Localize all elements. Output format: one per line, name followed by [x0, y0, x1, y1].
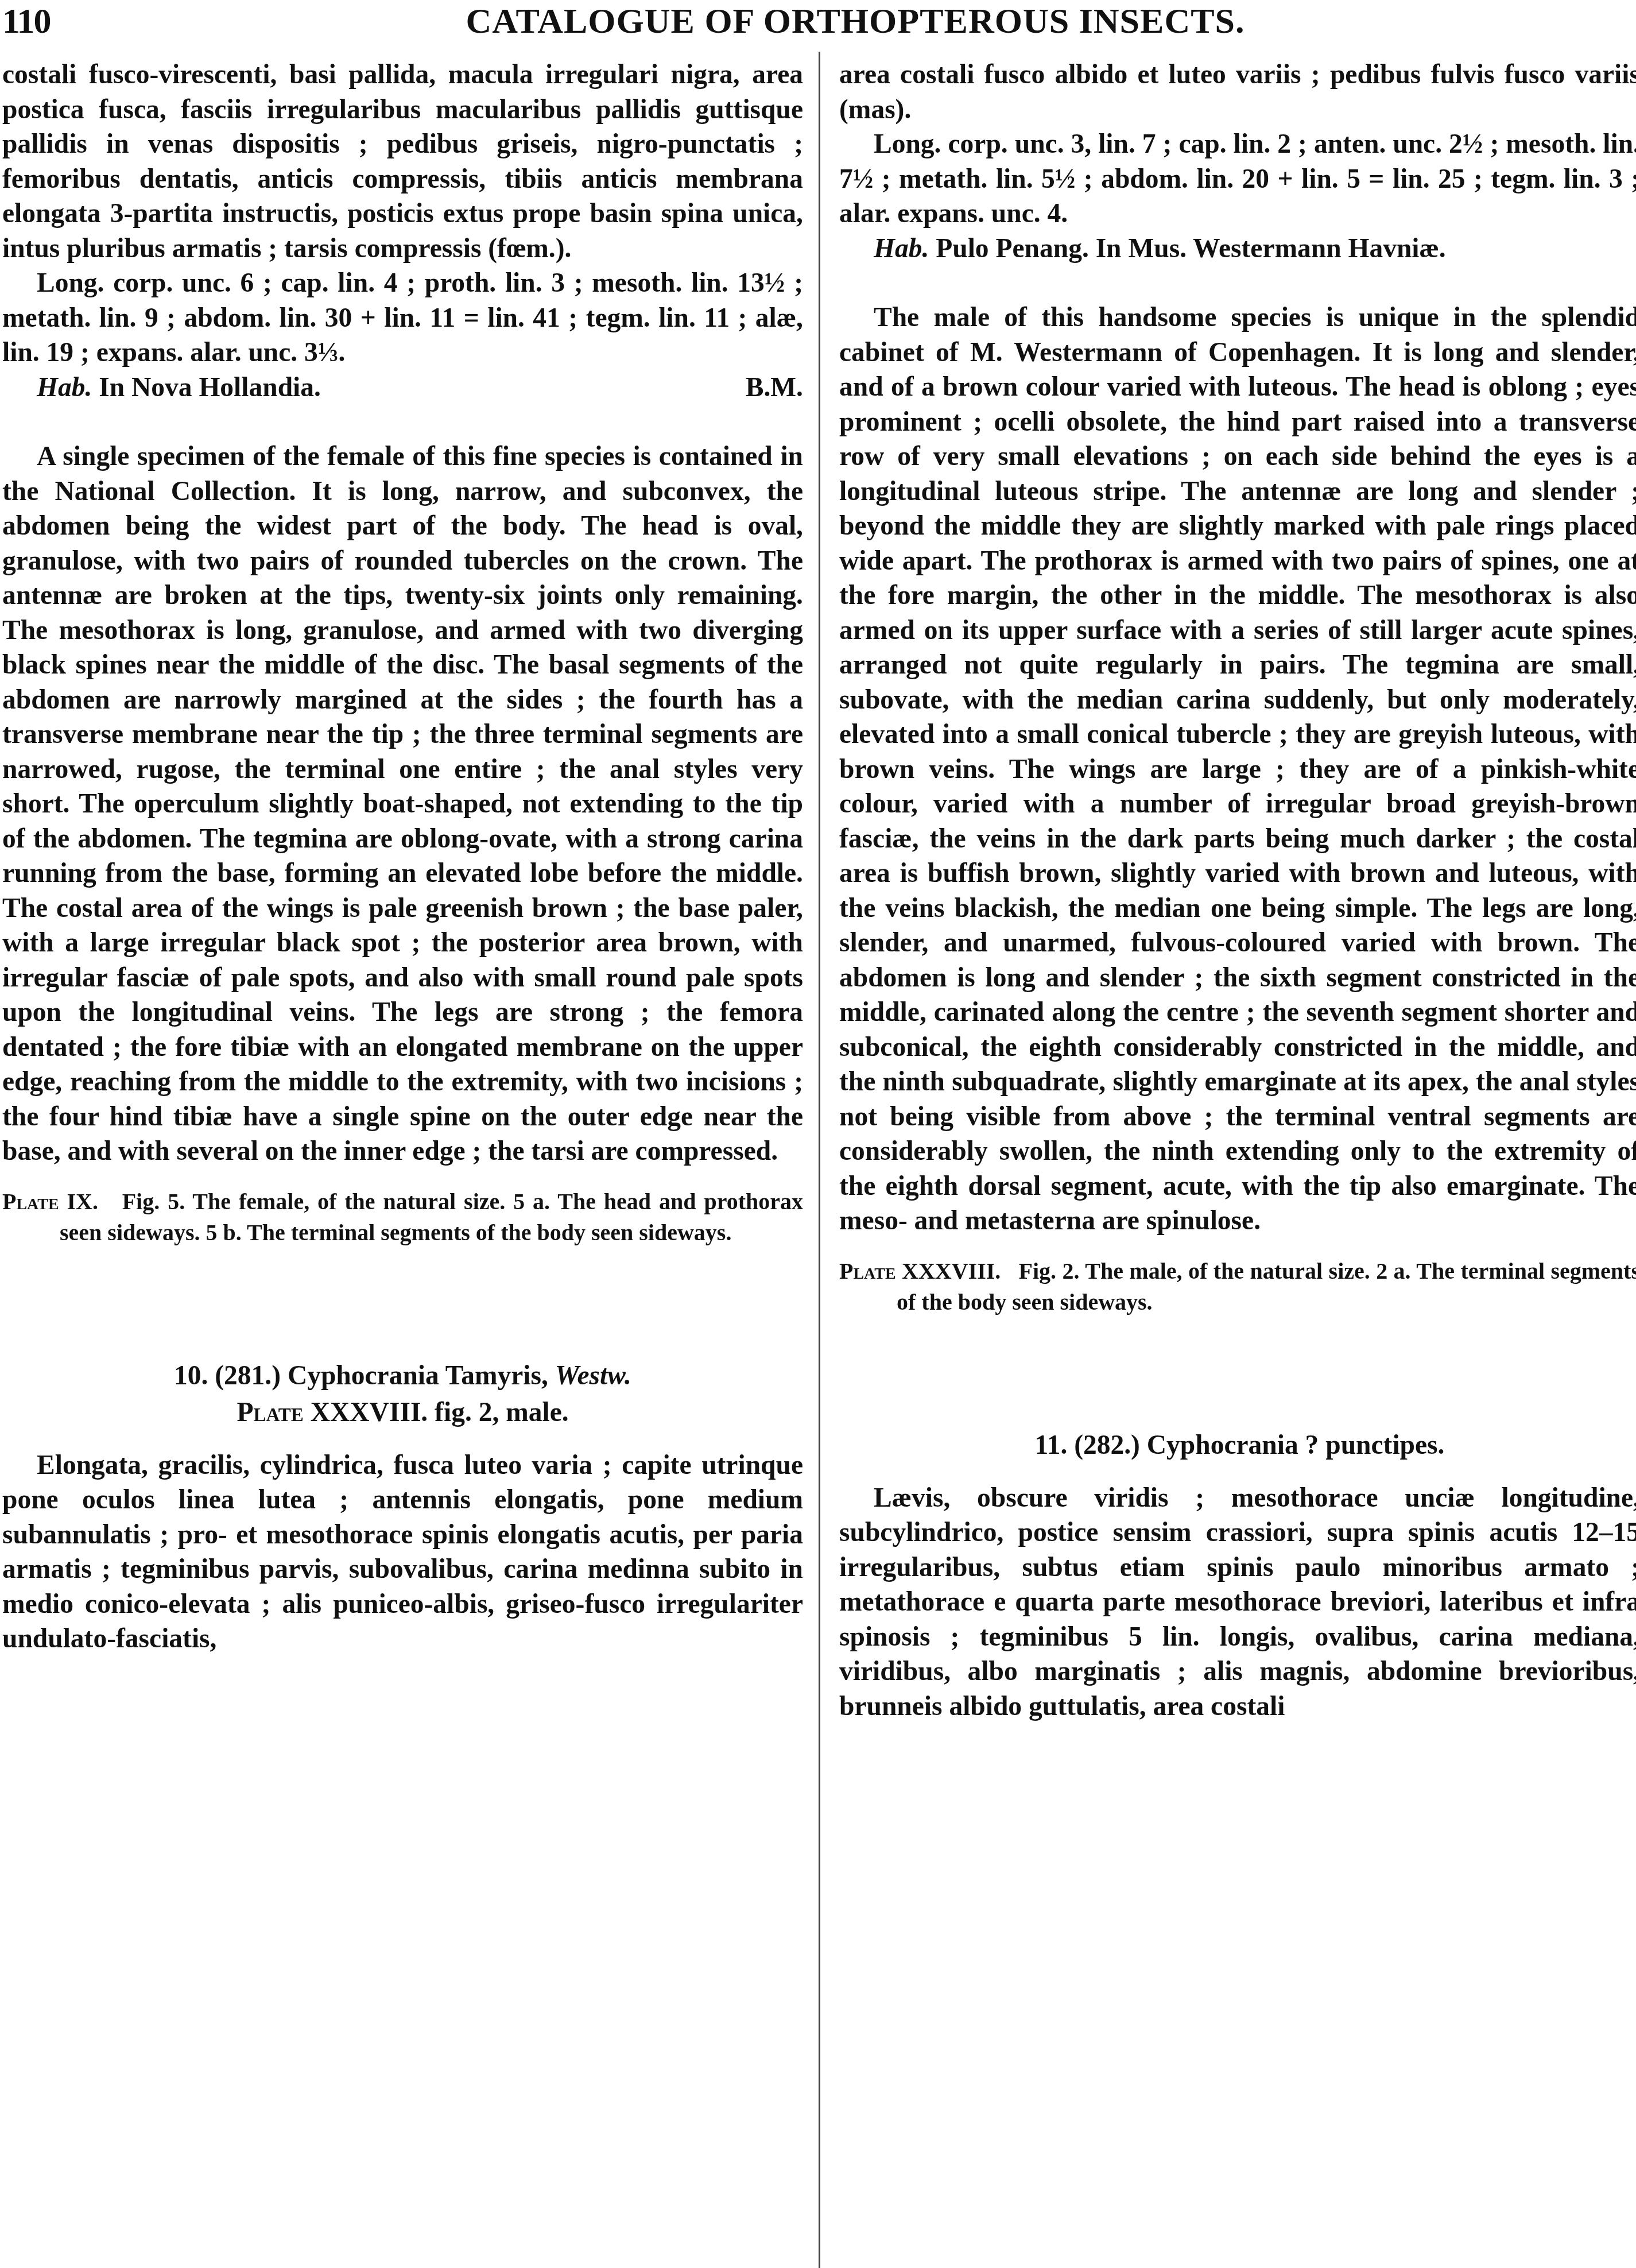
species-heading: 10. (281.) Cyphocrania Tamyris, Westw.	[2, 1357, 803, 1394]
measurements: Long. corp. unc. 3, lin. 7 ; cap. lin. 2…	[839, 127, 1636, 231]
habitat-line: Hab. Pulo Penang. In Mus. Westermann Hav…	[839, 231, 1636, 266]
plate-caption: Plate XXXVIII. Fig. 2. The male, of the …	[839, 1256, 1636, 1318]
habitat-text: In Nova Hollandia.	[99, 373, 321, 402]
species-description: A single specimen of the female of this …	[2, 439, 803, 1169]
species-name: Cyphocrania ? punctipes.	[1147, 1430, 1445, 1460]
plate-label: Plate	[237, 1398, 303, 1427]
diagnosis-continued: costali fusco-virescenti, basi pallida, …	[2, 57, 803, 266]
plate-ref-text: XXXVIII. fig. 2, male.	[311, 1398, 569, 1427]
page-header: 110 CATALOGUE OF ORTHOPTEROUS INSECTS.	[0, 0, 1636, 46]
diagnosis-continued: area costali fusco albido et luteo varii…	[839, 57, 1636, 127]
running-title: CATALOGUE OF ORTHOPTEROUS INSECTS.	[453, 1, 1257, 42]
right-column: area costali fusco albido et luteo varii…	[839, 57, 1636, 1724]
habitat-label: Hab.	[874, 234, 929, 264]
habitat-line: Hab. In Nova Hollandia. B.M.	[2, 370, 803, 405]
plate-caption-text: Fig. 2. The male, of the natural size. 2…	[897, 1258, 1636, 1315]
species-description: The male of this handsome species is uni…	[839, 300, 1636, 1239]
species-diagnosis: Lævis, obscure viridis ; mesothorace unc…	[839, 1481, 1636, 1724]
species-plate-ref: Plate XXXVIII. fig. 2, male.	[2, 1394, 803, 1431]
measurements: Long. corp. unc. 6 ; cap. lin. 4 ; proth…	[2, 266, 803, 370]
column-divider	[819, 52, 820, 2268]
species-author: Westw.	[555, 1361, 631, 1391]
plate-caption: Plate IX. Fig. 5. The female, of the nat…	[2, 1186, 803, 1248]
plate-label: Plate IX.	[2, 1189, 98, 1214]
species-number: 10. (281.)	[174, 1361, 281, 1391]
plate-caption-text: Fig. 5. The female, of the natural size.…	[60, 1189, 803, 1245]
habitat-text: Pulo Penang. In Mus. Westermann Havniæ.	[936, 234, 1446, 264]
collection-code: B.M.	[746, 370, 803, 405]
plate-label: Plate XXXVIII.	[839, 1258, 1001, 1284]
left-column: costali fusco-virescenti, basi pallida, …	[2, 57, 803, 1657]
page-number: 110	[2, 1, 51, 42]
species-name: Cyphocrania Tamyris,	[288, 1361, 548, 1391]
species-number: 11. (282.)	[1035, 1430, 1140, 1460]
species-diagnosis: Elongata, gracilis, cylindrica, fusca lu…	[2, 1448, 803, 1657]
species-heading: 11. (282.) Cyphocrania ? punctipes.	[839, 1427, 1636, 1464]
habitat-label: Hab.	[37, 373, 92, 402]
